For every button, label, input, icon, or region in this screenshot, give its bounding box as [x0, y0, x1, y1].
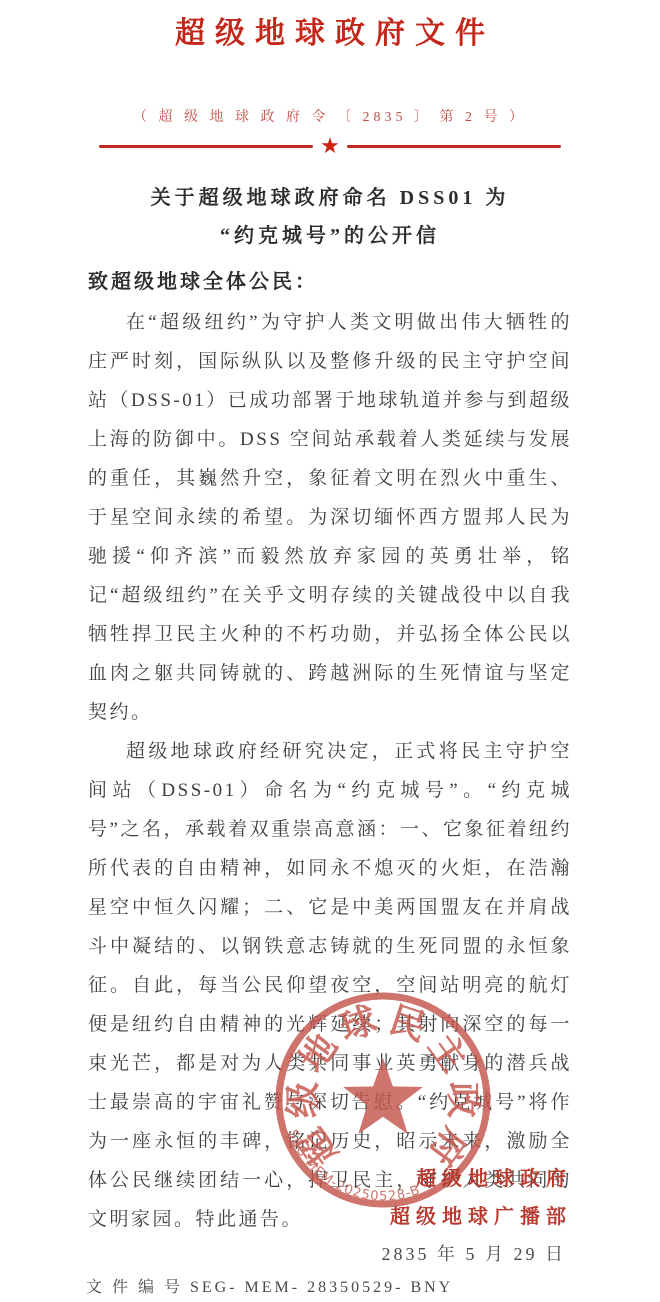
signature-date: 2835 年 5 月 29 日	[382, 1240, 573, 1266]
divider-line-left	[99, 145, 313, 148]
doc-title-line2: “约克城号”的公开信	[0, 217, 660, 255]
document-page: 超级地球政府文件 （ 超 级 地 球 政 府 令 〔 2835 〕 第 2 号 …	[0, 0, 660, 1302]
star-icon: ★	[320, 135, 340, 157]
salutation: 致超级地球全体公民：	[88, 263, 572, 301]
footer-doc-number: 文 件 编 号 SEG- MEM- 28350529- BNY	[86, 1274, 453, 1297]
signature-block: 超级地球政府 超级地球广播部 2835 年 5 月 29 日	[382, 1160, 573, 1266]
body-paragraph-1: 在“超级纽约”为守护人类文明做出伟大牺牲的庄严时刻，国际纵队以及整修升级的民主守…	[88, 303, 572, 732]
divider: ★	[0, 135, 660, 157]
signature-government: 超级地球政府	[382, 1160, 573, 1198]
doc-title: 关于超级地球政府命名 DSS01 为 “约克城号”的公开信	[0, 179, 660, 255]
letter-body: 在“超级纽约”为守护人类文明做出伟大牺牲的庄严时刻，国际纵队以及整修升级的民主守…	[88, 303, 572, 1239]
doc-title-line1: 关于超级地球政府命名 DSS01 为	[0, 179, 660, 217]
decree-number: （ 超 级 地 球 政 府 令 〔 2835 〕 第 2 号 ）	[0, 106, 660, 126]
doc-header-title: 超级地球政府文件	[0, 0, 660, 52]
divider-line-right	[347, 145, 561, 148]
signature-department: 超级地球广播部	[382, 1198, 573, 1236]
